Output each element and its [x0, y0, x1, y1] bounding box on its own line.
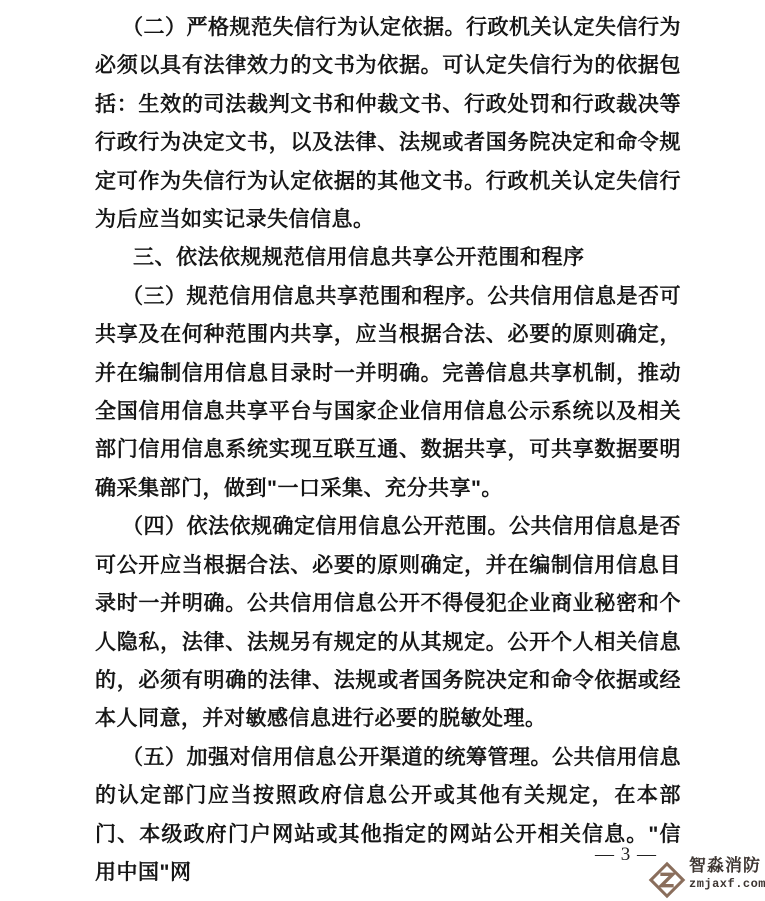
watermark: 智淼消防 zmjaxf.com — [648, 855, 765, 899]
watermark-brand: 智淼消防 — [689, 855, 765, 877]
watermark-text: 智淼消防 zmjaxf.com — [689, 855, 765, 891]
section-heading-3: 三、依法依规规范信用信息共享公开范围和程序 — [95, 239, 681, 277]
paragraph-item-2: （二）严格规范失信行为认定依据。行政机关认定失信行为必须以具有法律效力的文书为依… — [95, 9, 681, 239]
paragraph-item-3: （三）规范信用信息共享范围和程序。公共信用信息是否可共享及在何种范围内共享，应当… — [95, 278, 681, 508]
zmjaxf-logo-icon — [648, 861, 686, 899]
document-body: （二）严格规范失信行为认定依据。行政机关认定失信行为必须以具有法律效力的文书为依… — [95, 9, 681, 892]
paragraph-item-4: （四）依法依规确定信用信息公开范围。公共信用信息是否可公开应当根据合法、必要的原… — [95, 508, 681, 738]
document-page: （二）严格规范失信行为认定依据。行政机关认定失信行为必须以具有法律效力的文书为依… — [0, 0, 765, 901]
paragraph-item-5: （五）加强对信用信息公开渠道的统筹管理。公共信用信息的认定部门应当按照政府信息公… — [95, 739, 681, 893]
watermark-domain: zmjaxf.com — [689, 877, 765, 891]
